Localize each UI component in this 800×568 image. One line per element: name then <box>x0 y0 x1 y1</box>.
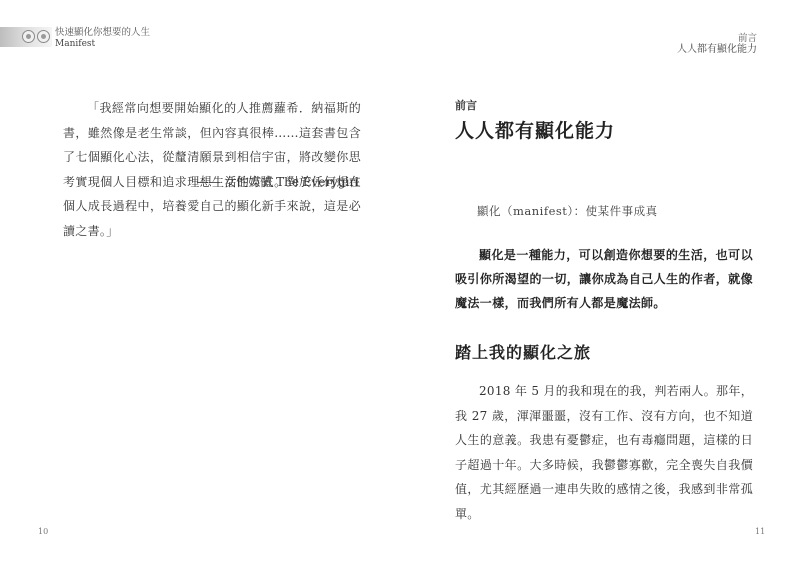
running-header-title: 人人都有顯化能力 <box>677 40 757 55</box>
intro-paragraph: 顯化是一種能力，可以創造你想要的生活，也可以吸引你所渴望的一切，讓你成為自己人生… <box>455 243 753 315</box>
page-number: 11 <box>755 527 765 536</box>
chapter-label: 前言 <box>455 97 477 113</box>
right-page: 前言 人人都有顯化能力 前言 人人都有顯化能力 顯化（manifest）：使某件… <box>0 0 800 568</box>
definition-line: 顯化（manifest）：使某件事成真 <box>477 203 658 219</box>
chapter-title: 人人都有顯化能力 <box>455 116 615 143</box>
section-heading: 踏上我的顯化之旅 <box>455 340 591 363</box>
body-paragraph: 2018 年 5 月的我和現在的我，判若兩人。那年，我 27 歲，渾渾噩噩，沒有… <box>455 379 753 526</box>
